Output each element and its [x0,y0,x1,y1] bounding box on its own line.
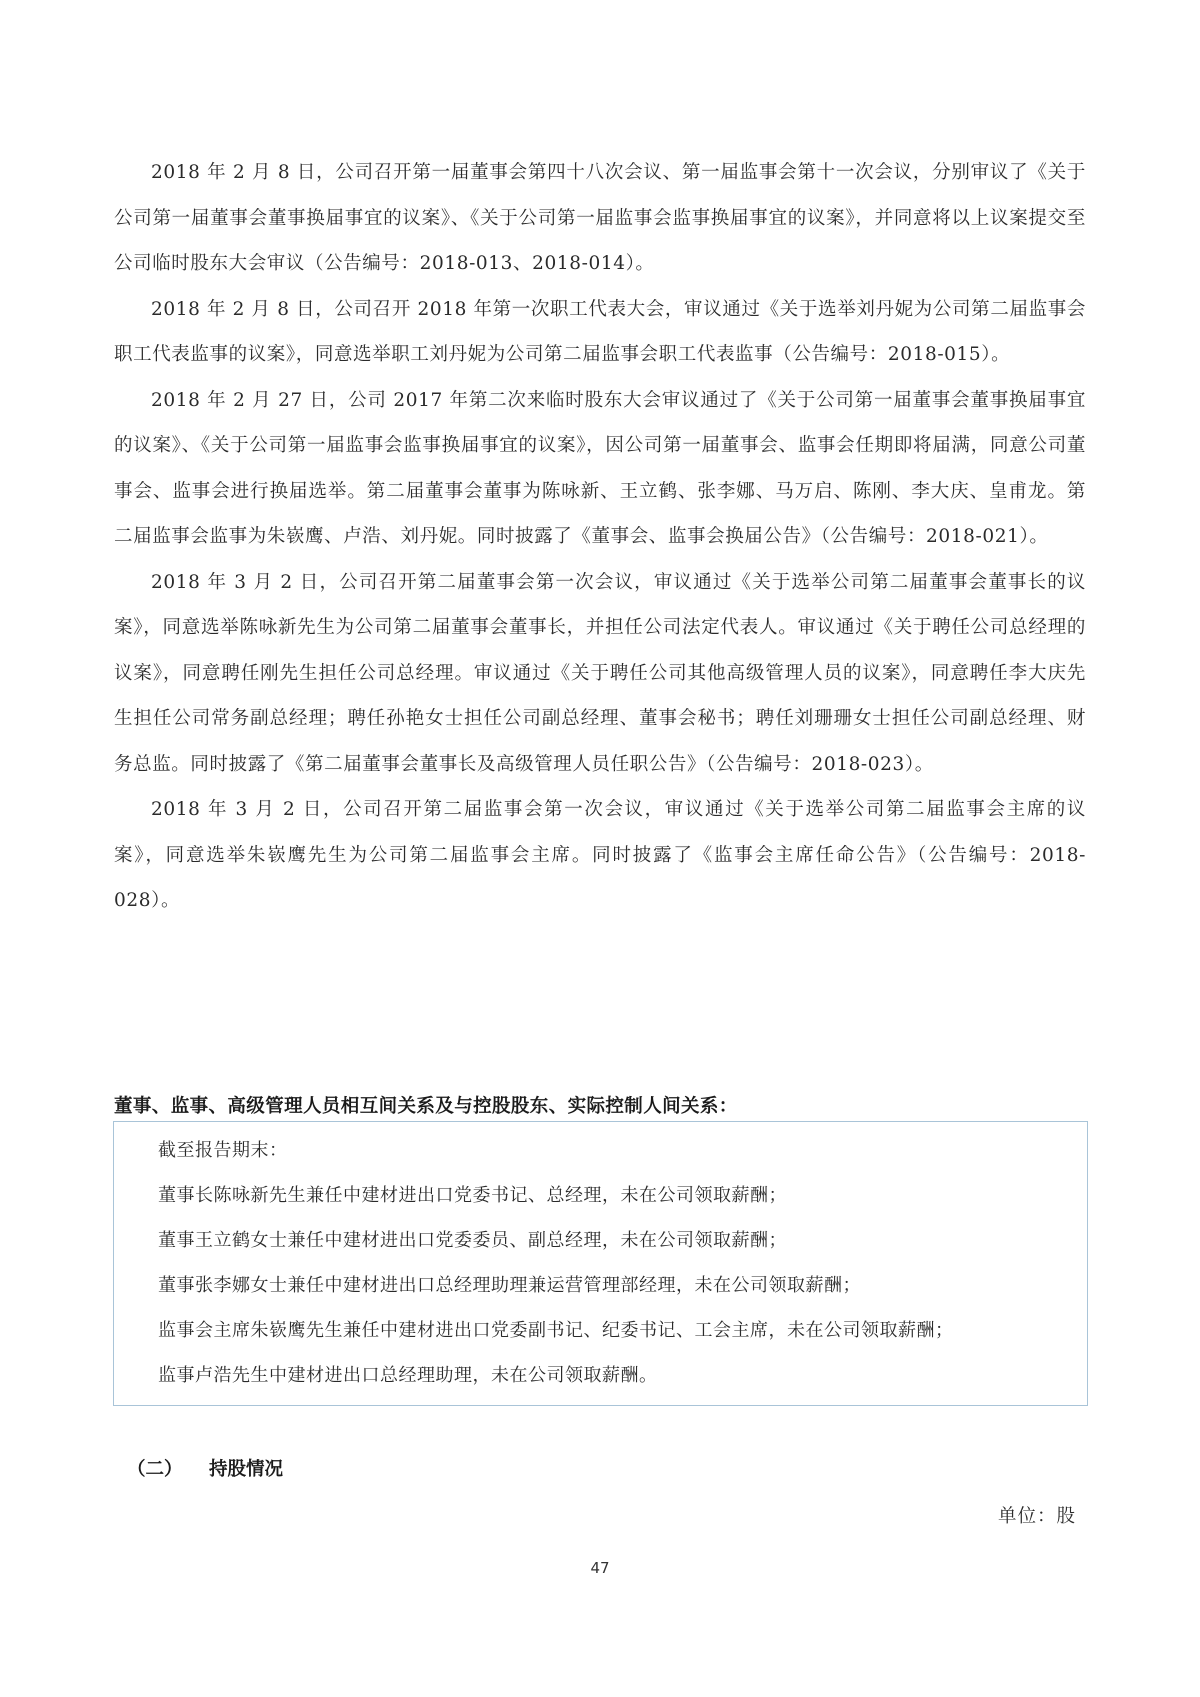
paragraph-board-meeting-mar2: 2018 年 3 月 2 日，公司召开第二届董事会第一次会议，审议通过《关于选举… [114,560,1086,788]
relation-line-supervisor-lu: 监事卢浩先生中建材进出口总经理助理，未在公司领取薪酬。 [114,1353,1087,1398]
relation-heading: 董事、监事、高级管理人员相互间关系及与控股股东、实际控制人间关系： [114,1092,738,1122]
section-title: 持股情况 [209,1459,283,1480]
relation-line-chairman: 董事长陈咏新先生兼任中建材进出口党委书记、总经理，未在公司领取薪酬； [114,1173,1087,1218]
section-heading-shareholding: （二）持股情况 [127,1455,283,1485]
relation-line-intro: 截至报告期末： [114,1128,1087,1173]
unit-label: 单位：股 [998,1502,1076,1532]
relation-line-supervisory-chair: 监事会主席朱嵚鹰先生兼任中建材进出口党委副书记、纪委书记、工会主席，未在公司领取… [114,1308,1087,1353]
relation-line-director-wang: 董事王立鹤女士兼任中建材进出口党委委员、副总经理，未在公司领取薪酬； [114,1218,1087,1263]
paragraph-employee-congress: 2018 年 2 月 8 日，公司召开 2018 年第一次职工代表大会，审议通过… [114,287,1086,378]
relation-box: 截至报告期末： 董事长陈咏新先生兼任中建材进出口党委书记、总经理，未在公司领取薪… [113,1121,1088,1406]
paragraph-shareholder-meeting-feb27: 2018 年 2 月 27 日，公司 2017 年第二次来临时股东大会审议通过了… [114,378,1086,560]
section-number: （二） [127,1455,209,1485]
paragraph-board-meeting-feb8: 2018 年 2 月 8 日，公司召开第一届董事会第四十八次会议、第一届监事会第… [114,150,1086,287]
body-text: 2018 年 2 月 8 日，公司召开第一届董事会第四十八次会议、第一届监事会第… [114,150,1086,924]
relation-line-director-zhang: 董事张李娜女士兼任中建材进出口总经理助理兼运营管理部经理，未在公司领取薪酬； [114,1263,1087,1308]
paragraph-supervisory-meeting-mar2: 2018 年 3 月 2 日，公司召开第二届监事会第一次会议，审议通过《关于选举… [114,787,1086,924]
document-page: 2018 年 2 月 8 日，公司召开第一届董事会第四十八次会议、第一届监事会第… [0,0,1200,1697]
page-number: 47 [0,1558,1200,1578]
